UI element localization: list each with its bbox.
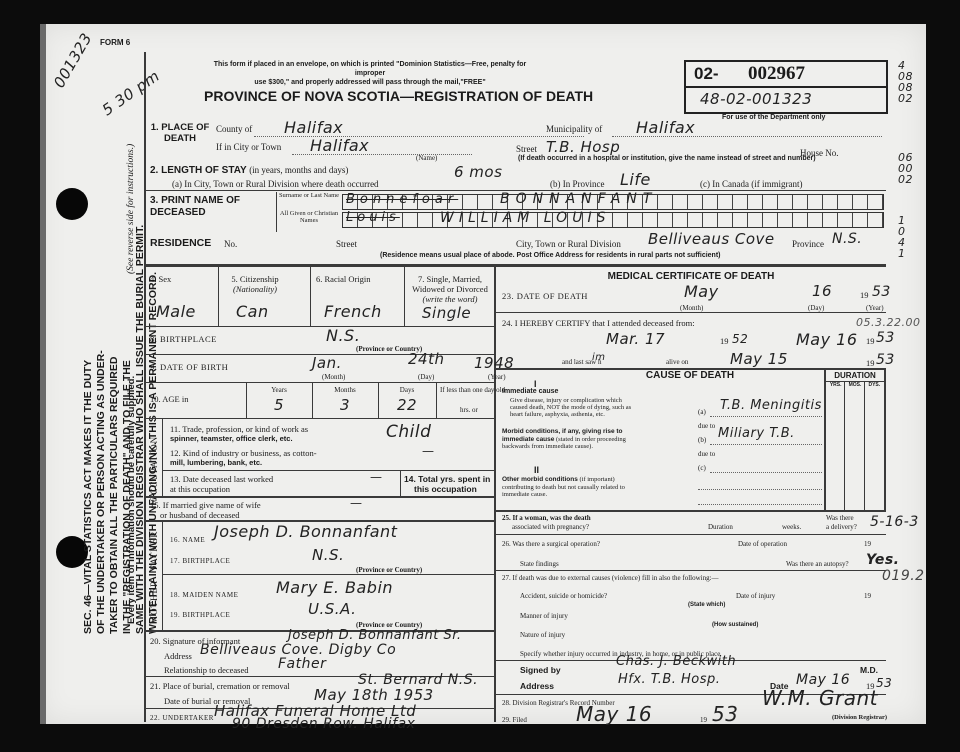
other-conditions-desc: Other morbid conditions (if important) c… [502,476,638,499]
residence-note: (Residence means usual place of abode. P… [380,252,721,259]
month-hint: (Month) [680,304,703,312]
given-struck: Louis [346,210,400,225]
given-value: WILLIAM LOUIS [440,210,610,226]
last-saw-year: 53 [876,352,895,368]
certify-code: 05.3.22.00 [856,316,920,329]
undertaker-label: 22. UNDERTAKER [150,714,214,722]
city-value: Halifax [310,136,369,155]
postal-note-line: use $300," and properly addressed will p… [200,78,540,87]
filed-year-prefix: 19 [700,716,707,724]
age-months: 3 [312,396,378,414]
institution-note: (If death occurred in a hospital or inst… [518,155,816,162]
duration-col-yrs: YRS. [826,382,845,388]
duration-columns: YRS. MOS. DYS. [826,382,884,388]
marital-status-label: 7. Single, Married, Widowed or Divorced … [406,274,494,304]
q25-hint: associated with pregnancy? [502,523,591,532]
month-hint: (Month) [322,373,345,381]
duration-col-dys: DYS. [865,382,884,388]
medical-certificate-title: MEDICAL CERTIFICATE OF DEATH [496,271,886,282]
county-value: Halifax [284,118,343,137]
instructions-note: (See reverse side for instructions.) [126,144,136,274]
stay-city-label: (a) In City, Town or Rural Division wher… [172,179,379,189]
mother-vertical-label: MOTHER [149,580,159,624]
residence-label: RESIDENCE [150,237,211,249]
sex-value: Male [156,302,196,321]
informant-signature: Joseph D. Bonnanfant Sr. [288,628,462,643]
punch-hole [56,188,88,220]
q15-label: 15. If married give name of wife or husb… [150,500,261,520]
delivery-label: Was there a delivery? [826,514,857,532]
address-label: Address [520,681,554,691]
length-of-stay-header: 2. LENGTH OF STAY (in years, months and … [150,165,348,176]
municipality-value: Halifax [636,118,695,137]
from-year-prefix: 19 [720,336,729,346]
name-hint: (Name) [416,154,437,162]
sex-label: 4. Sex [150,274,171,284]
father-prov-hint: (Province or Country) [356,566,422,574]
stay-canada-label: (c) In Canada (if immigrant) [700,179,802,189]
due-to-label: due to [698,422,715,430]
date-of-death-label: 23. DATE OF DEATH [502,291,588,301]
street-label: Street [516,144,537,154]
immediate-cause-desc: Give disease, injury or complication whi… [510,397,638,418]
spouse-value: — [350,496,363,510]
racial-origin-value: French [324,302,382,321]
how-sustained-hint: (How sustained) [712,622,758,628]
dob-day: 24th [408,350,444,368]
margin-code: 1 [898,248,922,259]
last-saw-date: May 15 [730,350,788,368]
mother-name-label: 18. MAIDEN NAME [170,591,238,599]
residence-province-label: Province [792,239,824,249]
cert-year: 53 [876,676,892,690]
state-which-hint: (State which) [688,602,725,608]
residence-street-label: Street [336,239,357,249]
accident-label: Accident, suicide or homicide? [520,592,607,600]
marital-status-value: Single [422,304,471,322]
death-registration-form: 001323 5 30 pm SEC. 46—VITAL STATISTICS … [40,24,926,724]
father-birthplace-value: N.S. [312,546,344,564]
year-hint: (Year) [488,373,506,381]
physician-signature: Chas. J. Beckwith [616,654,736,669]
signed-by-label: Signed by [520,665,561,675]
burial-place-label: 21. Place of burial, cremation or remova… [150,681,290,691]
margin-code: 02 [898,93,922,104]
citizenship-label: 5. Citizenship (Nationality) [220,274,290,294]
other-bold: Other morbid conditions [502,476,578,483]
last-worked-value: — [370,470,383,484]
death-day: 16 [812,282,832,300]
department-box: 02- 002967 48-02-001323 [684,60,888,114]
mother-name-value: Mary E. Babin [276,578,393,597]
findings-label: State findings [520,560,559,568]
citizenship-value: Can [236,302,269,321]
death-year: 53 [872,284,891,300]
residence-province-value: N.S. [832,231,862,247]
q13-hint: at this occupation [170,484,273,494]
mother-birthplace-value: U.S.A. [308,600,356,618]
given-names-grid [342,212,884,228]
duration-title: DURATION [826,371,884,380]
registration-serial: 002967 [748,63,805,85]
last-saw-pronoun: im [592,352,606,363]
due-to-label: due to [698,450,715,458]
attended-from: Mar. 17 [606,330,665,348]
dob-label: 9. DATE OF BIRTH [150,362,228,372]
length-of-stay-hint: (in years, months and days) [249,165,348,175]
to-year-prefix: 19 [866,336,875,346]
q15-line: 15. If married give name of wife [150,500,261,510]
relationship-value: Father [278,656,326,672]
weeks-label: weeks. [782,523,801,531]
injury-date-label: Date of injury [736,592,775,600]
q12-label: 12. Kind of industry or business, as cot… [170,448,317,468]
q15-hint: or husband of deceased [150,510,261,520]
marital-label-text: 7. Single, Married, Widowed or Divorced [406,274,494,294]
side-notice-line: WRITE PLAINLY WITH UNFADING INK. THIS IS… [147,225,160,634]
racial-origin-label: 6. Racial Origin [316,274,371,284]
from-year: 52 [732,332,748,346]
form-title: PROVINCE OF NOVA SCOTIA—REGISTRATION OF … [204,88,593,104]
q25-label: 25. If a woman, was the death associated… [502,514,591,532]
side-notice-line: TAKER TO OBTAIN ALL THE PARTICULARS REQU… [108,225,121,634]
less-than-day-label: If less than one day old [440,386,505,394]
dob-month: Jan. [312,354,342,372]
stay-province-label: (b) In Province [550,179,604,189]
physician-address: Hfx. T.B. Hosp. [618,672,720,687]
cause-a-label: (a) [698,408,706,416]
surname-struck: Bonnefoar [346,192,458,207]
length-of-stay-label: 2. LENGTH OF STAY [150,165,247,176]
q12-hint: mill, lumbering, bank, etc. [170,458,317,468]
right-margin-codes: 4 08 08 02 06 00 02 1 0 4 1 [898,60,922,259]
part-two: II [534,465,539,475]
external-code: 019.2 [882,568,925,584]
occupation-vertical-label: OCCUPATION [149,436,159,502]
morbid-conditions-desc: Morbid conditions, if any, giving rise t… [502,428,638,451]
filed-year: 53 [712,702,738,726]
form-number: FORM 6 [100,38,130,47]
cause-a-value: T.B. Meningitis [720,398,822,413]
father-birthplace-label: 17. BIRTHPLACE [170,557,230,565]
day-hint: (Day) [418,373,434,381]
last-saw-year-prefix: 19 [866,358,875,368]
father-name-value: Joseph D. Bonnanfant [214,522,397,541]
mother-birthplace-label: 19. BIRTHPLACE [170,611,230,619]
to-year: 53 [876,330,895,346]
dept-note: For use of the Department only [722,114,825,121]
q25-line: 25. If a woman, was the death [502,514,591,523]
nature-label: Nature of injury [520,631,565,639]
margin-annotation: 001323 [50,30,96,91]
occupation-value: Child [386,422,431,442]
industry-value: — [422,444,435,458]
record-number: 48-02-001323 [700,90,812,108]
father-name-label: 16. NAME [170,536,205,544]
age-years: 5 [246,396,312,414]
cause-of-death-title: CAUSE OF DEATH [600,370,780,381]
surname-value: BONNANFANT [500,191,657,207]
given-names-label: All Given or Christian Names [278,210,340,224]
attended-to: May 16 [796,330,858,349]
registration-prefix: 02- [694,64,719,84]
age-label: 10. AGE in [150,394,189,404]
manner-label: Manner of injury [520,612,568,620]
residence-city-label: City, Town or Rural Division [516,239,621,249]
left-border [144,52,146,722]
cause-b-label: (b) [698,436,706,444]
birthplace-label: 8. BIRTHPLACE [150,334,217,344]
stay-province-value: Life [620,170,651,189]
side-notice: SEC. 46—VITAL STATISTICS ACT MAKES IT TH… [82,225,160,634]
marital-hint: (write the word) [406,294,494,304]
surgical-op-label: 26. Was there a surgical operation? [502,540,600,548]
years-label: Years [246,386,312,394]
birthplace-value: N.S. [326,326,360,345]
q14-hint: this occupation [404,484,490,494]
external-causes-label: 27. If death was due to external causes … [502,574,719,582]
division-registrar-label: (Division Registrar) [832,714,887,721]
death-year-prefix: 19 [860,290,869,300]
cause-c-label: (c) [698,464,706,472]
delivery-line: Was there [826,514,857,523]
q12-line: 12. Kind of industry or business, as cot… [170,448,317,458]
margin-annotation: 5 30 pm [99,67,163,119]
injury-year-prefix: 19 [864,592,871,600]
side-notice-line: OF THE UNDERTAKER OR PERSON ACTING AS UN… [95,225,108,634]
q11-label: 11. Trade, profession, or kind of work a… [170,424,308,444]
postal-note-line: This form if placed in an envelope, on w… [200,60,540,78]
autopsy-label: Was there an autopsy? [786,560,849,568]
day-hint: (Day) [808,304,824,312]
duration-label: Duration [708,523,733,531]
side-notice-footer: Every item of information should be care… [126,376,137,624]
op-year-prefix: 19 [864,540,871,548]
hrs-label: hrs. or [460,406,478,414]
place-of-death-label: 1. PLACE OF DEATH [150,122,210,144]
days-label: Days [378,386,436,394]
informant-address-label: Address [164,651,192,661]
registrar-signature: W.M. Grant [762,686,878,710]
cause-b-value: Miliary T.B. [718,426,795,441]
deceased-name-label: 3. PRINT NAME OF DECEASED [150,195,276,219]
md-label: M.D. [860,665,878,675]
age-days: 22 [378,396,436,414]
relationship-label: Relationship to deceased [164,665,249,675]
death-month: May [684,282,719,301]
city-label: If in City or Town [216,142,281,152]
q11-line: 11. Trade, profession, or kind of work a… [170,424,308,434]
duration-col-mos: MOS. [845,382,864,388]
postal-note: This form if placed in an envelope, on w… [200,60,540,87]
filed-label: 29. Filed [502,716,527,724]
immediate-cause-label: Immediate cause [502,388,558,395]
q13-line: 13. Date deceased last worked [170,474,273,484]
q13-label: 13. Date deceased last worked at this oc… [170,474,273,494]
q14-line: 14. Total yrs. spent in [404,474,490,484]
delivery-hint: a delivery? [826,523,857,532]
certify-label: 24. I HEREBY CERTIFY that I attended dec… [502,318,695,328]
municipality-label: Municipality of [546,124,602,134]
street-value: T.B. Hosp [546,138,620,156]
side-notice-line: SEC. 46—VITAL STATISTICS ACT MAKES IT TH… [82,225,95,634]
months-label: Months [312,386,378,394]
county-label: County of [216,124,252,134]
q14-label: 14. Total yrs. spent in this occupation [404,474,490,494]
op-date-label: Date of operation [738,540,787,548]
alive-on-label: alive on [666,358,688,366]
q11-hint: spinner, teamster, office clerk, etc. [170,434,308,444]
undertaker-address: 90 Dresden Row. Halifax [232,716,415,732]
residence-no-label: No. [224,239,237,249]
residence-city-value: Belliveaus Cove [648,230,775,248]
citizenship-hint: (Nationality) [220,284,290,294]
citizenship-label-text: 5. Citizenship [220,274,290,284]
filed-date: May 16 [576,702,652,726]
delivery-code: 5-16-3 [870,514,919,530]
year-hint: (Year) [866,304,884,312]
autopsy-value: Yes. [866,552,899,568]
father-vertical-label: FATHER [149,531,159,570]
surname-label: Surname or Last Name [278,192,340,199]
stay-city-value: 6 mos [454,163,502,181]
margin-code: 02 [898,174,922,185]
